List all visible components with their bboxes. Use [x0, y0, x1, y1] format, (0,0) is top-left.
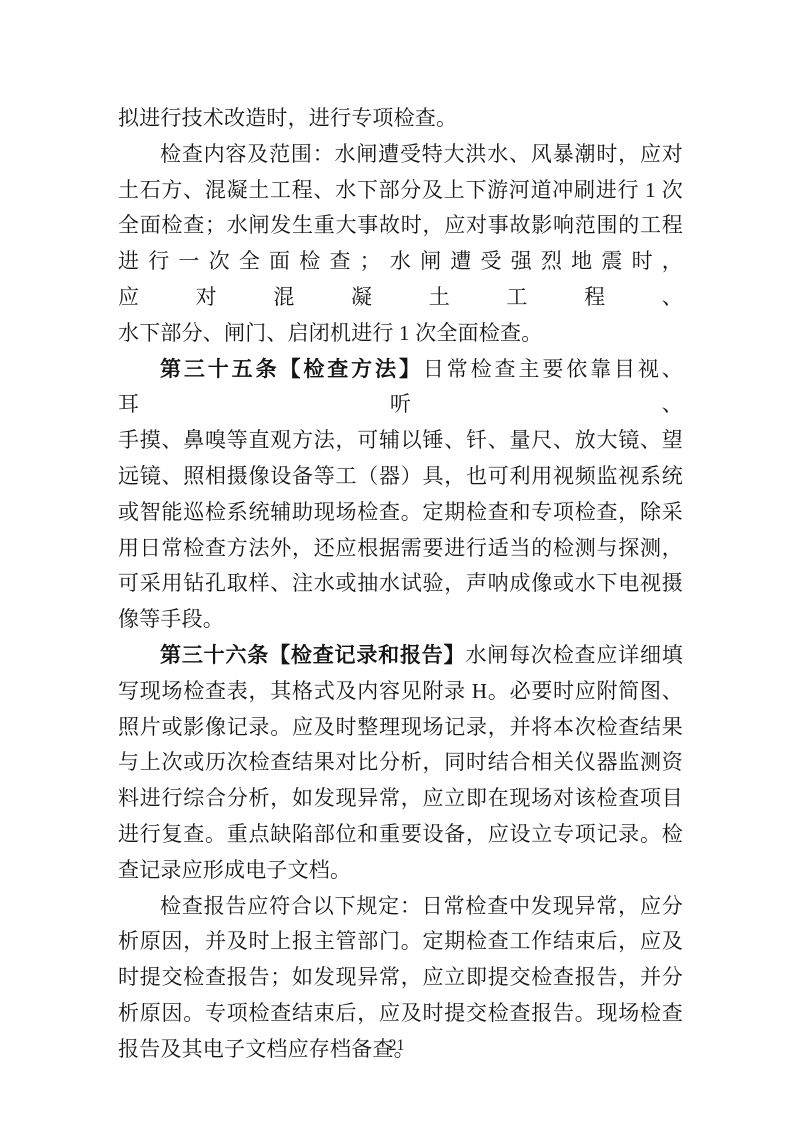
- text-line: 像等手段。: [118, 602, 683, 638]
- text-segment: 料进行综合分析，如发现异常，应立即在现场对该检查项目: [118, 786, 683, 810]
- text-segment: 与上次或历次检查结果对比分析，同时结合相关仪器监测资: [118, 750, 683, 774]
- text-segment: 水下部分、闸门、启闭机进行 1 次全面检查。: [118, 321, 542, 345]
- text-segment: 可采用钻孔取样、注水或抽水试验，声呐成像或水下电视摄: [118, 571, 683, 595]
- text-line: 水下部分、闸门、启闭机进行 1 次全面检查。: [118, 316, 683, 352]
- text-segment: 检查报告应符合以下规定：日常检查中发现异常，应分: [160, 894, 683, 918]
- text-line: 可采用钻孔取样、注水或抽水试验，声呐成像或水下电视摄: [118, 566, 683, 602]
- text-line: 检查报告应符合以下规定：日常检查中发现异常，应分: [118, 889, 683, 925]
- text-line: 与上次或历次检查结果对比分析，同时结合相关仪器监测资: [118, 745, 683, 781]
- text-line: 或智能巡检系统辅助现场检查。定期检查和专项检查，除采: [118, 495, 683, 531]
- text-segment: 时提交检查报告；如发现异常，应立即提交检查报告，并分: [118, 965, 683, 989]
- text-line: 进行一次全面检查；水闸遭受强烈地震时，应对混凝土工程、: [118, 244, 683, 316]
- text-line: 检查内容及范围：水闸遭受特大洪水、风暴潮时，应对: [118, 137, 683, 173]
- text-segment: 远镜、照相摄像设备等工（器）具，也可利用视频监视系统: [118, 464, 683, 488]
- text-segment: 析原因，并及时上报主管部门。定期检查工作结束后，应及: [118, 929, 683, 953]
- text-line: 用日常检查方法外，还应根据需要进行适当的检测与探测，: [118, 531, 683, 567]
- text-line: 时提交检查报告；如发现异常，应立即提交检查报告，并分: [118, 960, 683, 996]
- text-segment: 用日常检查方法外，还应根据需要进行适当的检测与探测，: [118, 536, 683, 560]
- text-line: 照片或影像记录。应及时整理现场记录，并将本次检查结果: [118, 710, 683, 746]
- document-page: 拟进行技术改造时，进行专项检查。检查内容及范围：水闸遭受特大洪水、风暴潮时，应对…: [0, 0, 793, 1122]
- text-line: 进行复查。重点缺陷部位和重要设备，应设立专项记录。检: [118, 817, 683, 853]
- text-segment: 或智能巡检系统辅助现场检查。定期检查和专项检查，除采: [118, 500, 683, 524]
- text-line: 析原因，并及时上报主管部门。定期检查工作结束后，应及: [118, 924, 683, 960]
- text-line: 远镜、照相摄像设备等工（器）具，也可利用视频监视系统: [118, 459, 683, 495]
- text-line: 写现场检查表，其格式及内容见附录 H。必要时应附简图、: [118, 674, 683, 710]
- text-line: 土石方、混凝土工程、水下部分及上下游河道冲刷进行 1 次: [118, 173, 683, 209]
- text-segment: 第三十六条【检查记录和报告】: [160, 643, 465, 667]
- text-segment: 进行复查。重点缺陷部位和重要设备，应设立专项记录。检: [118, 822, 683, 846]
- text-segment: 全面检查；水闸发生重大事故时，应对事故影响范围的工程: [118, 213, 683, 237]
- text-segment: 析原因。专项检查结束后，应及时提交检查报告。现场检查: [118, 1001, 683, 1025]
- text-segment: 土石方、混凝土工程、水下部分及上下游河道冲刷进行 1 次: [118, 178, 683, 202]
- text-segment: 检查内容及范围：水闸遭受特大洪水、风暴潮时，应对: [160, 142, 683, 166]
- text-segment: 进行一次全面检查；水闸遭受强烈地震时，应对混凝土工程、: [118, 249, 683, 309]
- text-segment: 水闸每次检查应详细填: [465, 643, 683, 667]
- document-body: 拟进行技术改造时，进行专项检查。检查内容及范围：水闸遭受特大洪水、风暴潮时，应对…: [118, 101, 683, 1068]
- text-line: 第三十六条【检查记录和报告】水闸每次检查应详细填: [118, 638, 683, 674]
- paragraph: 检查内容及范围：水闸遭受特大洪水、风暴潮时，应对土石方、混凝土工程、水下部分及上…: [118, 137, 683, 352]
- text-segment: 拟进行技术改造时，进行专项检查。: [118, 106, 457, 130]
- paragraph: 拟进行技术改造时，进行专项检查。: [118, 101, 683, 137]
- text-line: 全面检查；水闸发生重大事故时，应对事故影响范围的工程: [118, 208, 683, 244]
- text-segment: 第三十五条【检查方法】: [160, 357, 423, 381]
- text-line: 析原因。专项检查结束后，应及时提交检查报告。现场检查: [118, 996, 683, 1032]
- text-line: 查记录应形成电子文档。: [118, 853, 683, 889]
- text-line: 第三十五条【检查方法】日常检查主要依靠目视、耳听、: [118, 352, 683, 424]
- text-segment: 写现场检查表，其格式及内容见附录 H。必要时应附简图、: [118, 679, 683, 703]
- text-segment: 查记录应形成电子文档。: [118, 858, 351, 882]
- text-line: 手摸、鼻嗅等直观方法，可辅以锤、钎、量尺、放大镜、望: [118, 423, 683, 459]
- paragraph: 第三十六条【检查记录和报告】水闸每次检查应详细填写现场检查表，其格式及内容见附录…: [118, 638, 683, 889]
- paragraph: 第三十五条【检查方法】日常检查主要依靠目视、耳听、手摸、鼻嗅等直观方法，可辅以锤…: [118, 352, 683, 638]
- text-segment: 像等手段。: [118, 607, 224, 631]
- text-line: 料进行综合分析，如发现异常，应立即在现场对该检查项目: [118, 781, 683, 817]
- text-segment: 手摸、鼻嗅等直观方法，可辅以锤、钎、量尺、放大镜、望: [118, 428, 683, 452]
- page-number: 21: [0, 1036, 793, 1056]
- text-line: 拟进行技术改造时，进行专项检查。: [118, 101, 683, 137]
- text-segment: 照片或影像记录。应及时整理现场记录，并将本次检查结果: [118, 715, 683, 739]
